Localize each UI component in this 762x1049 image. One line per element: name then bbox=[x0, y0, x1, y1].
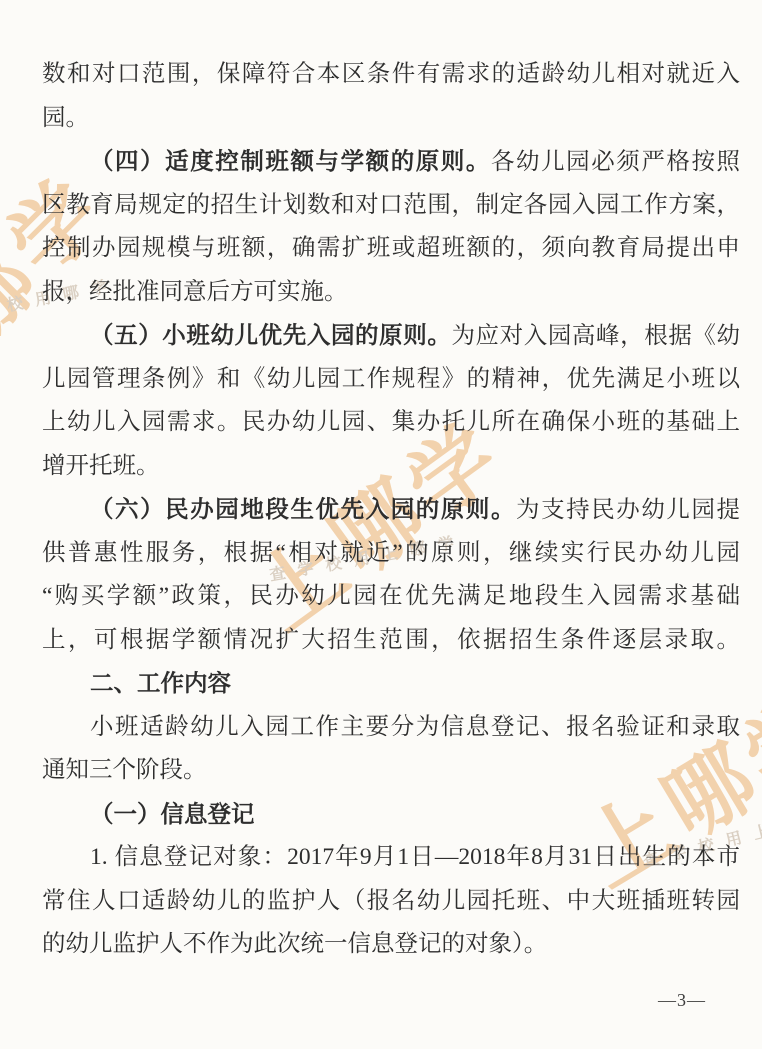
body-text: “购买学额”政策，民办幼儿园在优先满足地段生入园需求基础 bbox=[42, 583, 740, 609]
body-text: 为应对入园高峰，根据《幼 bbox=[451, 323, 740, 349]
body-text: 为支持民办幼儿园提 bbox=[516, 497, 740, 523]
paragraph: 数和对口范围，保障符合本区条件有需求的适龄幼儿相对就近入园。 bbox=[42, 53, 740, 140]
body-text: 1. 信息登记对象：2017年9月1日—2018年8月31日出生的本市 bbox=[90, 844, 740, 870]
body-text: 数和对口范围，保障符合本区条件有需求的适龄幼儿相对就近入 bbox=[42, 61, 740, 87]
bold-text: 二、工作内容 bbox=[90, 670, 231, 696]
text-line: 区教育局规定的招生计划数和对口范围，制定各园入园工作方案， bbox=[42, 184, 740, 228]
paragraph: （一）信息登记 bbox=[42, 793, 740, 837]
text-line: 供普惠性服务，根据“相对就近”的原则，继续实行民办幼儿园 bbox=[42, 532, 740, 576]
document-body: 数和对口范围，保障符合本区条件有需求的适龄幼儿相对就近入园。（四）适度控制班额与… bbox=[42, 53, 740, 967]
paragraph: 二、工作内容 bbox=[42, 662, 740, 706]
bold-text: （五）小班幼儿优先入园的原则。 bbox=[90, 322, 451, 348]
paragraph: 小班适龄幼儿入园工作主要分为信息登记、报名验证和录取通知三个阶段。 bbox=[42, 706, 740, 793]
text-line: 儿园管理条例》和《幼儿园工作规程》的精神，优先满足小班以 bbox=[42, 358, 740, 402]
bold-text: （四）适度控制班额与学额的原则。 bbox=[90, 148, 491, 174]
paragraph: （六）民办园地段生优先入园的原则。为支持民办幼儿园提供普惠性服务，根据“相对就近… bbox=[42, 488, 740, 662]
text-line: 的幼儿监护人不作为此次统一信息登记的对象）。 bbox=[42, 923, 740, 967]
page-number: —3— bbox=[658, 990, 706, 1011]
text-line: 控制办园规模与班额，确需扩班或超班额的，须向教育局提出申 bbox=[42, 227, 740, 271]
bold-text: （六）民办园地段生优先入园的原则。 bbox=[90, 496, 516, 522]
text-line: （六）民办园地段生优先入园的原则。为支持民办幼儿园提 bbox=[42, 488, 740, 532]
body-text: 上幼儿入园需求。民办幼儿园、集办托儿所在确保小班的基础上 bbox=[42, 409, 740, 435]
body-text: 增开托班。 bbox=[42, 453, 160, 479]
text-line: 上，可根据学额情况扩大招生范围，依据招生条件逐层录取。 bbox=[42, 619, 740, 663]
text-line: 小班适龄幼儿入园工作主要分为信息登记、报名验证和录取 bbox=[42, 706, 740, 750]
subsection-heading: （一）信息登记 bbox=[42, 793, 740, 837]
body-text: 供普惠性服务，根据“相对就近”的原则，继续实行民办幼儿园 bbox=[42, 540, 740, 566]
bold-text: （一）信息登记 bbox=[90, 801, 255, 827]
body-text: 的幼儿监护人不作为此次统一信息登记的对象）。 bbox=[42, 931, 547, 957]
text-line: 1. 信息登记对象：2017年9月1日—2018年8月31日出生的本市 bbox=[42, 836, 740, 880]
paragraph: 1. 信息登记对象：2017年9月1日—2018年8月31日出生的本市常住人口适… bbox=[42, 836, 740, 967]
paragraph: （五）小班幼儿优先入园的原则。为应对入园高峰，根据《幼儿园管理条例》和《幼儿园工… bbox=[42, 314, 740, 488]
text-line: “购买学额”政策，民办幼儿园在优先满足地段生入园需求基础 bbox=[42, 575, 740, 619]
text-line: （五）小班幼儿优先入园的原则。为应对入园高峰，根据《幼 bbox=[42, 314, 740, 358]
body-text: 常住人口适龄幼儿的监护人（报名幼儿园托班、中大班插班转园 bbox=[42, 888, 740, 914]
document-page: 上哪学 校 用 哪 学 上哪学 查 学 校 用 上 哪 学 上哪学 查 学 校 … bbox=[0, 0, 762, 1049]
text-line: 增开托班。 bbox=[42, 445, 740, 489]
body-text: 各幼儿园必须严格按照 bbox=[491, 149, 740, 175]
text-line: 常住人口适龄幼儿的监护人（报名幼儿园托班、中大班插班转园 bbox=[42, 880, 740, 924]
text-line: 园。 bbox=[42, 97, 740, 141]
body-text: 小班适龄幼儿入园工作主要分为信息登记、报名验证和录取 bbox=[90, 714, 740, 740]
section-heading: 二、工作内容 bbox=[42, 662, 740, 706]
body-text: 通知三个阶段。 bbox=[42, 757, 207, 783]
body-text: 区教育局规定的招生计划数和对口范围，制定各园入园工作方案， bbox=[42, 192, 740, 218]
body-text: 报，经批准同意后方可实施。 bbox=[42, 279, 348, 305]
text-line: 报，经批准同意后方可实施。 bbox=[42, 271, 740, 315]
text-line: （四）适度控制班额与学额的原则。各幼儿园必须严格按照 bbox=[42, 140, 740, 184]
body-text: 控制办园规模与班额，确需扩班或超班额的，须向教育局提出申 bbox=[42, 235, 740, 261]
paragraph: （四）适度控制班额与学额的原则。各幼儿园必须严格按照区教育局规定的招生计划数和对… bbox=[42, 140, 740, 314]
body-text: 园。 bbox=[42, 105, 89, 131]
body-text: 上，可根据学额情况扩大招生范围，依据招生条件逐层录取。 bbox=[42, 627, 740, 653]
text-line: 通知三个阶段。 bbox=[42, 749, 740, 793]
body-text: 儿园管理条例》和《幼儿园工作规程》的精神，优先满足小班以 bbox=[42, 366, 740, 392]
text-line: 上幼儿入园需求。民办幼儿园、集办托儿所在确保小班的基础上 bbox=[42, 401, 740, 445]
text-line: 数和对口范围，保障符合本区条件有需求的适龄幼儿相对就近入 bbox=[42, 53, 740, 97]
